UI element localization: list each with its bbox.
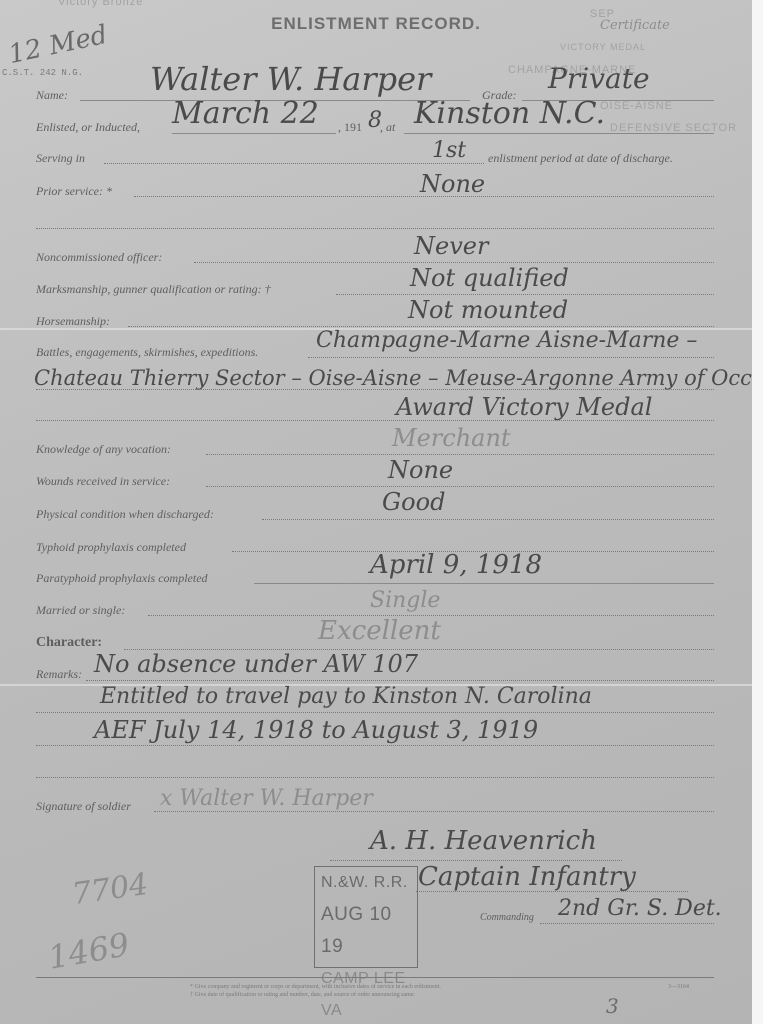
remarks-line1: No absence under AW 107 — [94, 650, 418, 678]
top-corner-print: Victory Bronze — [58, 0, 143, 8]
faded-stamp-line5: OISE-AISNE — [600, 100, 673, 112]
enlisted-at-label: , at — [380, 120, 395, 135]
paper-edge — [752, 0, 763, 1024]
pencil-note-2: 1469 — [45, 925, 132, 977]
commanding-label: Commanding — [480, 912, 534, 923]
married-label: Married or single: — [36, 603, 125, 618]
enlistment-record-document: Victory Bronze ENLISTMENT RECORD. SEP Ce… — [0, 0, 752, 1024]
name-value: Walter W. Harper — [150, 60, 431, 98]
serving-suffix: enlistment period at date of discharge. — [488, 151, 673, 166]
officer-rank: Captain Infantry — [418, 862, 636, 892]
wounds-label: Wounds received in service: — [36, 474, 170, 489]
faded-stamp-line2: Certificate — [600, 18, 670, 33]
character-label: Character: — [36, 635, 102, 651]
prior-service-value: None — [420, 170, 485, 198]
footnote-1: * Give company and regiment or corps or … — [190, 983, 441, 991]
battles-line2: Chateau Thierry Sector – Oise-Aisne – Me… — [34, 366, 763, 390]
battles-label: Battles, engagements, skirmishes, expedi… — [36, 345, 258, 360]
name-label: Name: — [36, 88, 68, 103]
commanding-value: 2nd Gr. S. Det. — [558, 896, 722, 921]
footnote-2: † Give date of qualification or rating a… — [190, 991, 415, 999]
remarks-line2: Entitled to travel pay to Kinston N. Car… — [100, 684, 592, 709]
serving-value: 1st — [432, 138, 466, 163]
form-number: 3—3164 — [668, 983, 689, 991]
battles-line3: Award Victory Medal — [396, 393, 652, 421]
signature-label: Signature of soldier — [36, 799, 131, 814]
remarks-line3: AEF July 14, 1918 to August 3, 1919 — [94, 716, 538, 744]
marksmanship-label: Marksmanship, gunner qualification or ra… — [36, 282, 271, 297]
vocation-value: Merchant — [392, 424, 511, 452]
paratyphoid-label: Paratyphoid prophylaxis completed — [36, 571, 208, 586]
railroad-date-stamp: N.&W. R.R. AUG 10 19 CAMP LEE VA — [314, 866, 418, 968]
prior-service-label: Prior service: * — [36, 184, 112, 199]
nco-label: Noncommissioned officer: — [36, 250, 162, 265]
paratyphoid-value: April 9, 1918 — [370, 550, 542, 580]
physical-value: Good — [382, 488, 445, 516]
character-value: Excellent — [318, 616, 441, 646]
wounds-value: None — [388, 456, 453, 484]
serial-stub: C.S.T. 242 N.G. — [2, 68, 83, 78]
faded-stamp-line3: VICTORY MEDAL — [560, 42, 646, 52]
rr-stamp-line2: AUG 10 19 — [315, 899, 417, 963]
enlisted-label: Enlisted, or Inducted, — [36, 120, 140, 135]
signature-value: x Walter W. Harper — [160, 786, 373, 811]
enlisted-date: March 22 — [172, 96, 319, 131]
horsemanship-label: Horsemanship: — [36, 314, 110, 329]
page-mark: 3 — [606, 994, 619, 1018]
physical-label: Physical condition when discharged: — [36, 507, 214, 522]
marksmanship-value: Not qualified — [410, 264, 569, 292]
serving-label: Serving in — [36, 151, 85, 166]
officer-name: A. H. Heavenrich — [370, 826, 597, 856]
typhoid-label: Typhoid prophylaxis completed — [36, 540, 186, 555]
married-value: Single — [370, 588, 440, 613]
remarks-label: Remarks: — [36, 667, 82, 682]
enlisted-place: Kinston N.C. — [414, 96, 605, 131]
horsemanship-value: Not mounted — [408, 296, 568, 324]
rr-stamp-line1: N.&W. R.R. — [315, 867, 417, 899]
nco-value: Never — [414, 232, 488, 260]
enlisted-year-prefix: , 191 — [338, 120, 362, 135]
vocation-label: Knowledge of any vocation: — [36, 442, 171, 457]
battles-line1: Champagne-Marne Aisne-Marne – — [316, 328, 697, 353]
grade-value: Private — [548, 62, 650, 95]
pencil-note-1: 7704 — [70, 867, 150, 912]
